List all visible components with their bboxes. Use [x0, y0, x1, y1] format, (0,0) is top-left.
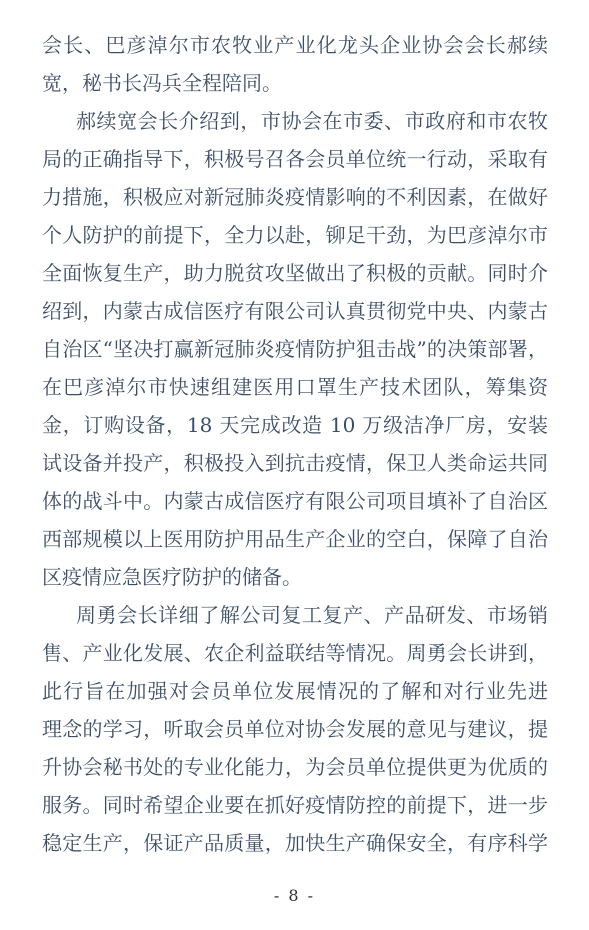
text-line: 周勇会长详细了解公司复工复产、产品研发、市场销: [42, 596, 548, 634]
text-line: 金，订购设备，18 天完成改造 10 万级洁净厂房，安装调: [42, 406, 548, 444]
text-line: 全面恢复生产，助力脱贫攻坚做出了积极的贡献。同时介: [42, 254, 548, 292]
text-line: 在巴彦淖尔市快速组建医用口罩生产技术团队，筹集资: [42, 368, 548, 406]
document-text: 会长、巴彦淖尔市农牧业产业化龙头企业协会会长郝续宽，秘书长冯兵全程陪同。郝续宽会…: [42, 26, 548, 862]
page-footer: - 8 -: [0, 886, 589, 916]
text-line: 绍到，内蒙古成信医疗有限公司认真贯彻党中央、内蒙古: [42, 292, 548, 330]
text-line: 局的正确指导下，积极号召各会员单位统一行动，采取有: [42, 140, 548, 178]
paragraph: 会长、巴彦淖尔市农牧业产业化龙头企业协会会长郝续宽，秘书长冯兵全程陪同。: [42, 26, 548, 102]
text-line: 售、产业化发展、农企利益联结等情况。周勇会长讲到，: [42, 634, 548, 672]
text-line: 宽，秘书长冯兵全程陪同。: [42, 64, 548, 102]
text-line: 服务。同时希望企业要在抓好疫情防控的前提下，进一步: [42, 786, 548, 824]
text-line: 试设备并投产，积极投入到抗击疫情，保卫人类命运共同: [42, 444, 548, 482]
page-number: - 8 -: [274, 886, 315, 905]
text-line: 升协会秘书处的专业化能力，为会员单位提供更为优质的: [42, 748, 548, 786]
text-line: 个人防护的前提下，全力以赴，铆足干劲，为巴彦淖尔市: [42, 216, 548, 254]
text-line: 体的战斗中。内蒙古成信医疗有限公司项目填补了自治区: [42, 482, 548, 520]
text-line: 郝续宽会长介绍到，市协会在市委、市政府和市农牧: [42, 102, 548, 140]
text-line: 稳定生产，保证产品质量，加快生产确保安全，有序科学: [42, 824, 548, 862]
text-line: 自治区“坚决打赢新冠肺炎疫情防护狙击战”的决策部署，: [42, 330, 548, 368]
paragraph: 郝续宽会长介绍到，市协会在市委、市政府和市农牧局的正确指导下，积极号召各会员单位…: [42, 102, 548, 596]
text-line: 力措施，积极应对新冠肺炎疫情影响的不利因素，在做好: [42, 178, 548, 216]
paragraph: 周勇会长详细了解公司复工复产、产品研发、市场销售、产业化发展、农企利益联结等情况…: [42, 596, 548, 862]
text-line: 理念的学习，听取会员单位对协会发展的意见与建议，提: [42, 710, 548, 748]
text-line: 此行旨在加强对会员单位发展情况的了解和对行业先进: [42, 672, 548, 710]
text-line: 会长、巴彦淖尔市农牧业产业化龙头企业协会会长郝续: [42, 26, 548, 64]
document-page: 会长、巴彦淖尔市农牧业产业化龙头企业协会会长郝续宽，秘书长冯兵全程陪同。郝续宽会…: [0, 0, 589, 930]
text-line: 西部规模以上医用防护用品生产企业的空白，保障了自治: [42, 520, 548, 558]
text-line: 区疫情应急医疗防护的储备。: [42, 558, 548, 596]
